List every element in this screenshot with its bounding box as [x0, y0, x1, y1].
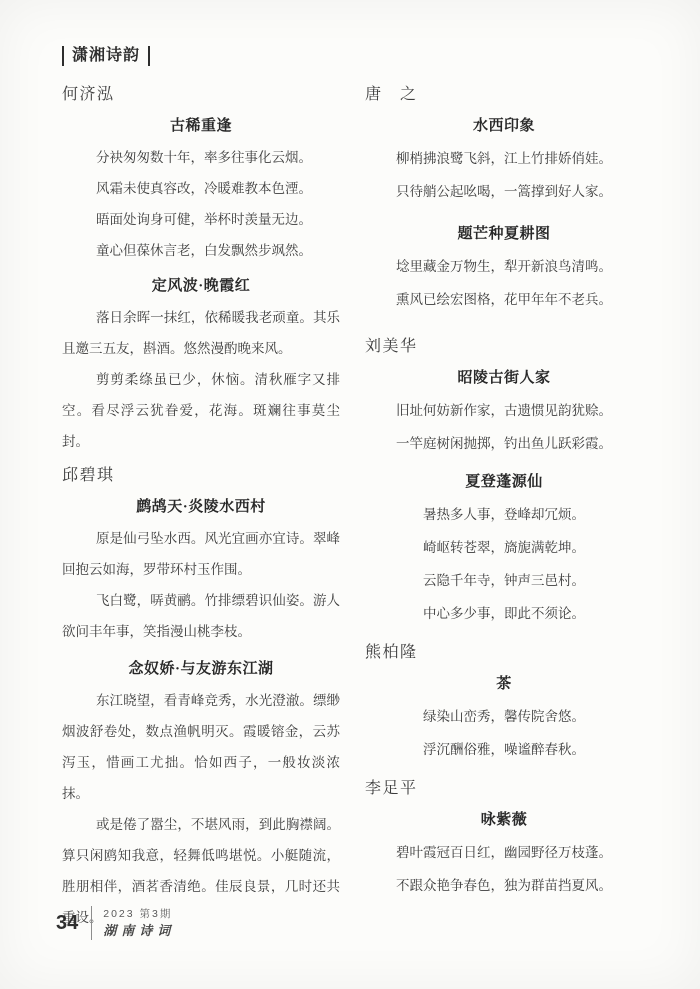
poem-line: 中心多少事，即此不须论。 — [365, 597, 643, 630]
author-name: 邱碧琪 — [62, 465, 340, 487]
footer-divider — [91, 906, 92, 940]
poem-title: 夏登蓬源仙 — [365, 470, 643, 494]
journal-name: 湖南诗词 — [103, 922, 175, 939]
poem-line: 只待艄公起吆喝，一篙撑到好人家。 — [365, 175, 643, 208]
journal-header: 潇湘诗韵 — [62, 46, 150, 66]
author-name: 李足平 — [365, 778, 643, 800]
poem-title: 念奴娇·与友游东江湖 — [62, 657, 340, 681]
poem-line: 一竿庭树闲抛掷，钓出鱼儿跃彩霞。 — [365, 427, 643, 460]
poem-line: 晤面处询身可健，举杯时羡量无边。 — [62, 204, 340, 235]
author-name: 熊柏隆 — [365, 642, 643, 664]
left-column: 何济泓 古稀重逢 分袂匆匆数十年，率多往事化云烟。 风霜未使真容改，冷暖难教本色… — [62, 84, 340, 933]
page-footer: 34 2023 第3期 湖南诗词 — [56, 906, 175, 940]
poem-line: 埝里藏金万物生，犁开新浪鸟清鸣。 — [365, 250, 643, 283]
poem-stanza: 飞白鹭，哢黄鹂。竹排缥碧识仙姿。游人欲问丰年事，笑指漫山桃李枝。 — [62, 585, 340, 647]
poem-line: 旧址何妨新作家，古遗惯见韵犹赊。 — [365, 394, 643, 427]
poem-line: 崎岖转苍翠，旖旎满乾坤。 — [365, 531, 643, 564]
poem-line: 风霜未使真容改，冷暖难教本色湮。 — [62, 173, 340, 204]
poem-line: 绿染山峦秀，馨传院舍悠。 — [365, 700, 643, 733]
poem-line: 浮沉酬俗雅，噪谧醉春秋。 — [365, 733, 643, 766]
page-number: 34 — [56, 912, 78, 935]
right-column: 唐 之 水西印象 柳梢拂浪鹭飞斜，江上竹排娇俏娃。 只待艄公起吆喝，一篙撑到好人… — [365, 84, 643, 902]
author-name: 刘美华 — [365, 336, 643, 358]
poem-title: 咏紫薇 — [365, 808, 643, 832]
poem-line: 熏风已绘宏图格，花甲年年不老兵。 — [365, 283, 643, 316]
magazine-page: 潇湘诗韵 何济泓 古稀重逢 分袂匆匆数十年，率多往事化云烟。 风霜未使真容改，冷… — [0, 0, 700, 989]
poem-title: 昭陵古街人家 — [365, 366, 643, 390]
poem-line: 碧叶霞冠百日红，幽园野径万枝蓬。 — [365, 836, 643, 869]
poem-title: 水西印象 — [365, 114, 643, 138]
poem-line: 不跟众艳争春色，独为群苗挡夏风。 — [365, 869, 643, 902]
poem-title: 题芒种夏耕图 — [365, 222, 643, 246]
poem-stanza: 剪剪柔绦虽已少，休恼。清秋雁字又排空。看尽浮云犹眷爱，花海。斑斓往事莫尘封。 — [62, 364, 340, 457]
poem-line: 分袂匆匆数十年，率多往事化云烟。 — [62, 142, 340, 173]
poem-stanza: 东江晓望，看青峰竞秀，水光澄澈。缥缈烟波舒卷处，数点渔帆明灭。霞暖镕金，云苏泻玉… — [62, 685, 340, 809]
issue-info: 2023 第3期 — [103, 907, 175, 921]
journal-header-label: 潇湘诗韵 — [62, 46, 150, 66]
poem-title: 茶 — [365, 672, 643, 696]
poem-line: 柳梢拂浪鹭飞斜，江上竹排娇俏娃。 — [365, 142, 643, 175]
footer-meta: 2023 第3期 湖南诗词 — [103, 907, 175, 939]
poem-line: 暑热多人事，登峰却冗烦。 — [365, 498, 643, 531]
poem-line: 云隐千年寺，钟声三邑村。 — [365, 564, 643, 597]
poem-stanza: 落日余晖一抹红，依稀暖我老顽童。其乐且邀三五友，斟酒。悠然漫酌晚来风。 — [62, 302, 340, 364]
poem-title: 定风波·晚霞红 — [62, 274, 340, 298]
poem-stanza: 原是仙弓坠水西。风光宜画亦宜诗。翠峰回抱云如海，罗带环村玉作围。 — [62, 523, 340, 585]
author-name: 何济泓 — [62, 84, 340, 106]
poem-title: 鹧鸪天·炎陵水西村 — [62, 495, 340, 519]
poem-title: 古稀重逢 — [62, 114, 340, 138]
author-name: 唐 之 — [365, 84, 643, 106]
poem-line: 童心但葆休言老，白发飘然步飒然。 — [62, 235, 340, 266]
